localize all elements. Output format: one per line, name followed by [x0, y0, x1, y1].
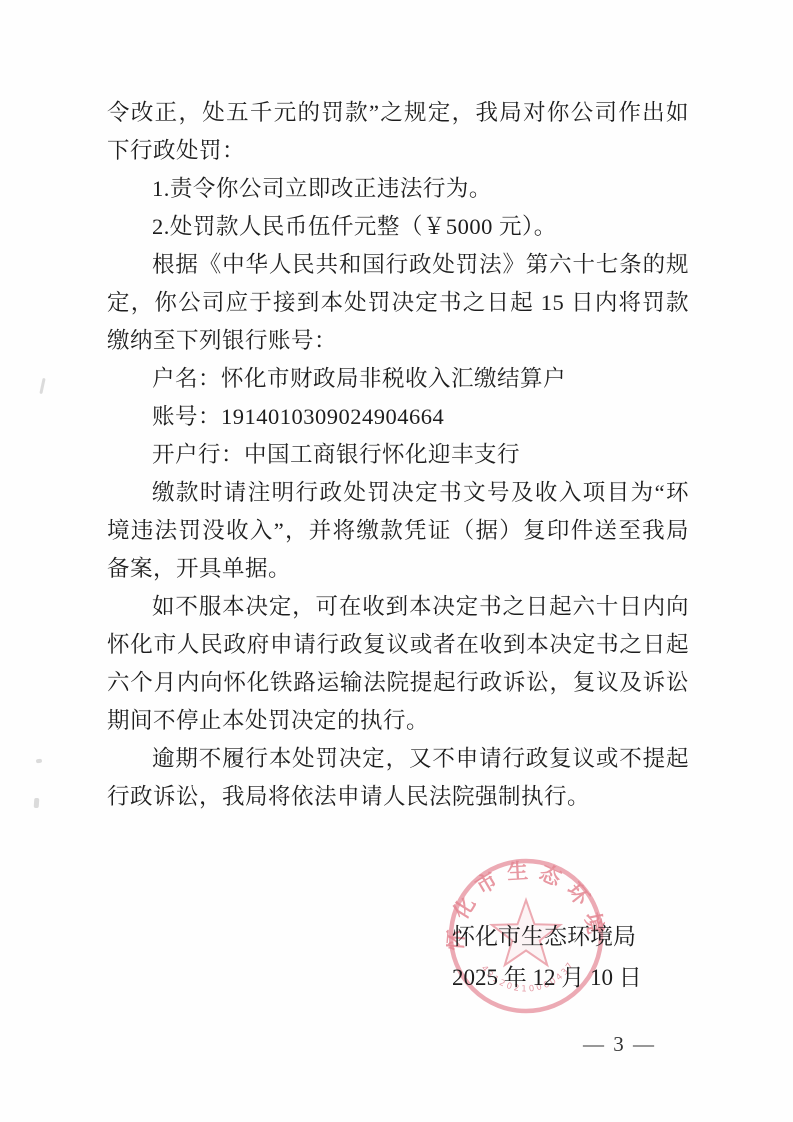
payment-instruction: 根据《中华人民共和国行政处罚法》第六十七条的规定，你公司应于接到本处罚决定书之日… — [107, 246, 689, 360]
document-body: 令改正，处五千元的罚款”之规定，我局对你公司作出如下行政处罚： 1.责令你公司立… — [107, 94, 689, 816]
issuing-agency: 怀化市生态环境局 — [452, 916, 642, 957]
page-number: — 3 — — [583, 1032, 656, 1057]
penalty-item-2: 2.处罚款人民币伍仟元整（￥5000 元）。 — [107, 208, 689, 246]
bank-account-name: 户名：怀化市财政局非税收入汇缴结算户 — [107, 360, 689, 398]
payment-note: 缴款时请注明行政处罚决定书文号及收入项目为“环境违法罚没收入”，并将缴款凭证（据… — [107, 474, 689, 588]
bank-branch: 开户行：中国工商银行怀化迎丰支行 — [107, 436, 689, 474]
paragraph-continuation: 令改正，处五千元的罚款”之规定，我局对你公司作出如下行政处罚： — [107, 94, 689, 170]
penalty-item-1: 1.责令你公司立即改正违法行为。 — [107, 170, 689, 208]
document-page: 令改正，处五千元的罚款”之规定，我局对你公司作出如下行政处罚： 1.责令你公司立… — [0, 0, 793, 1122]
scan-artifact — [34, 798, 40, 808]
issue-date: 2025 年 12 月 10 日 — [452, 957, 642, 998]
enforcement-warning: 逾期不履行本处罚决定，又不申请行政复议或不提起行政诉讼，我局将依法申请人民法院强… — [107, 740, 689, 816]
scan-artifact — [39, 378, 45, 394]
scan-artifact — [36, 759, 42, 764]
appeal-rights: 如不服本决定，可在收到本决定书之日起六十日内向怀化市人民政府申请行政复议或者在收… — [107, 588, 689, 740]
bank-account-number: 账号：1914010309024904664 — [107, 398, 689, 436]
signature-block: 怀化市生态环境局 2025 年 12 月 10 日 — [452, 916, 642, 998]
